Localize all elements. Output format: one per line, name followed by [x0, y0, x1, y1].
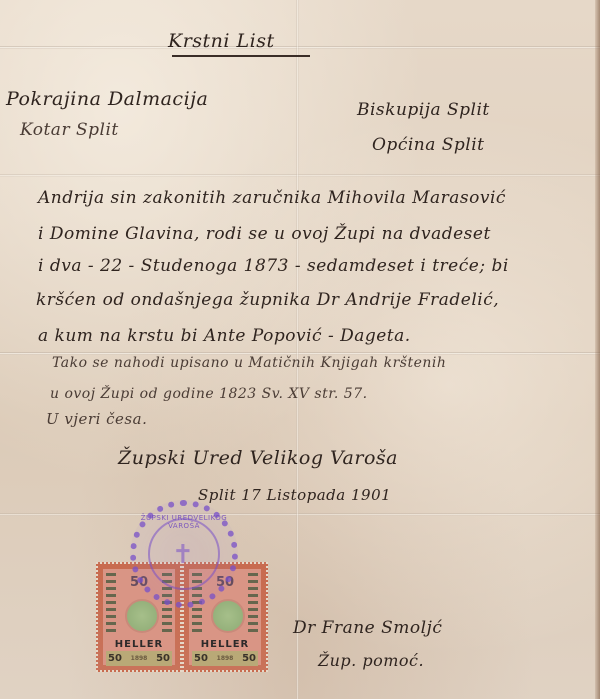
- municipality-heading: Općina Split: [372, 135, 485, 155]
- stamp-medallion-icon: [125, 599, 159, 633]
- body-line: Andrija sin zakonitih zaručnika Mihovila…: [38, 188, 506, 208]
- body-line: kršćen od ondašnjega župnika Dr Andrije …: [36, 290, 499, 310]
- body-line: a kum na krstu bi Ante Popović - Dageta.: [38, 326, 411, 346]
- signatory-title: Žup. pomoć.: [318, 651, 424, 670]
- stamp-value-right: 50: [156, 653, 170, 664]
- document-page: Krstni List Pokrajina Dalmacija Kotar Sp…: [0, 0, 600, 699]
- district-heading: Kotar Split: [20, 120, 119, 140]
- fold-crease: [296, 0, 299, 699]
- diocese-heading: Biskupija Split: [357, 100, 490, 120]
- title-underline: [172, 55, 310, 57]
- fold-crease: [0, 174, 600, 177]
- province-heading: Pokrajina Dalmacija: [6, 88, 208, 110]
- body-line: i Domine Glavina, rodi se u ovoj Župi na…: [38, 224, 491, 244]
- stamp-year: 1898: [217, 655, 234, 662]
- stamp-medallion-icon: [211, 599, 245, 633]
- stamp-value-left: 50: [194, 653, 208, 664]
- seal-text: ŽUPSKI UREDVELIKOG VAROŠA: [136, 514, 232, 530]
- paper-edge: [595, 0, 600, 699]
- place-and-date: Split 17 Listopada 1901: [198, 486, 391, 504]
- document-title: Krstni List: [168, 30, 275, 52]
- body-line: i dva - 22 - Studenoga 1873 - sedamdeset…: [38, 256, 509, 276]
- body-line: Tako se nahodi upisano u Matičnih Knjiga…: [52, 355, 446, 371]
- fold-crease: [0, 513, 600, 516]
- signatory-name: Dr Frane Smoljć: [293, 618, 442, 638]
- body-line: u ovoj Župi od godine 1823 Sv. XV str. 5…: [50, 386, 368, 402]
- stamp-year: 1898: [131, 655, 148, 662]
- stamp-value-left: 50: [108, 653, 122, 664]
- stamp-label: HELLER: [103, 639, 175, 650]
- stamp-value-right: 50: [242, 653, 256, 664]
- fold-crease: [0, 46, 600, 49]
- stamp-label: HELLER: [189, 639, 261, 650]
- parish-seal: ŽUPSKI UREDVELIKOG VAROŠA ✝: [130, 500, 238, 608]
- stamp-value-bar: 50 1898 50: [192, 651, 258, 666]
- issuing-office: Župski Ured Velikog Varoša: [118, 447, 398, 469]
- body-line: U vjeri česa.: [46, 410, 147, 428]
- stamp-value-bar: 50 1898 50: [106, 651, 172, 666]
- cross-icon: ✝: [172, 540, 194, 570]
